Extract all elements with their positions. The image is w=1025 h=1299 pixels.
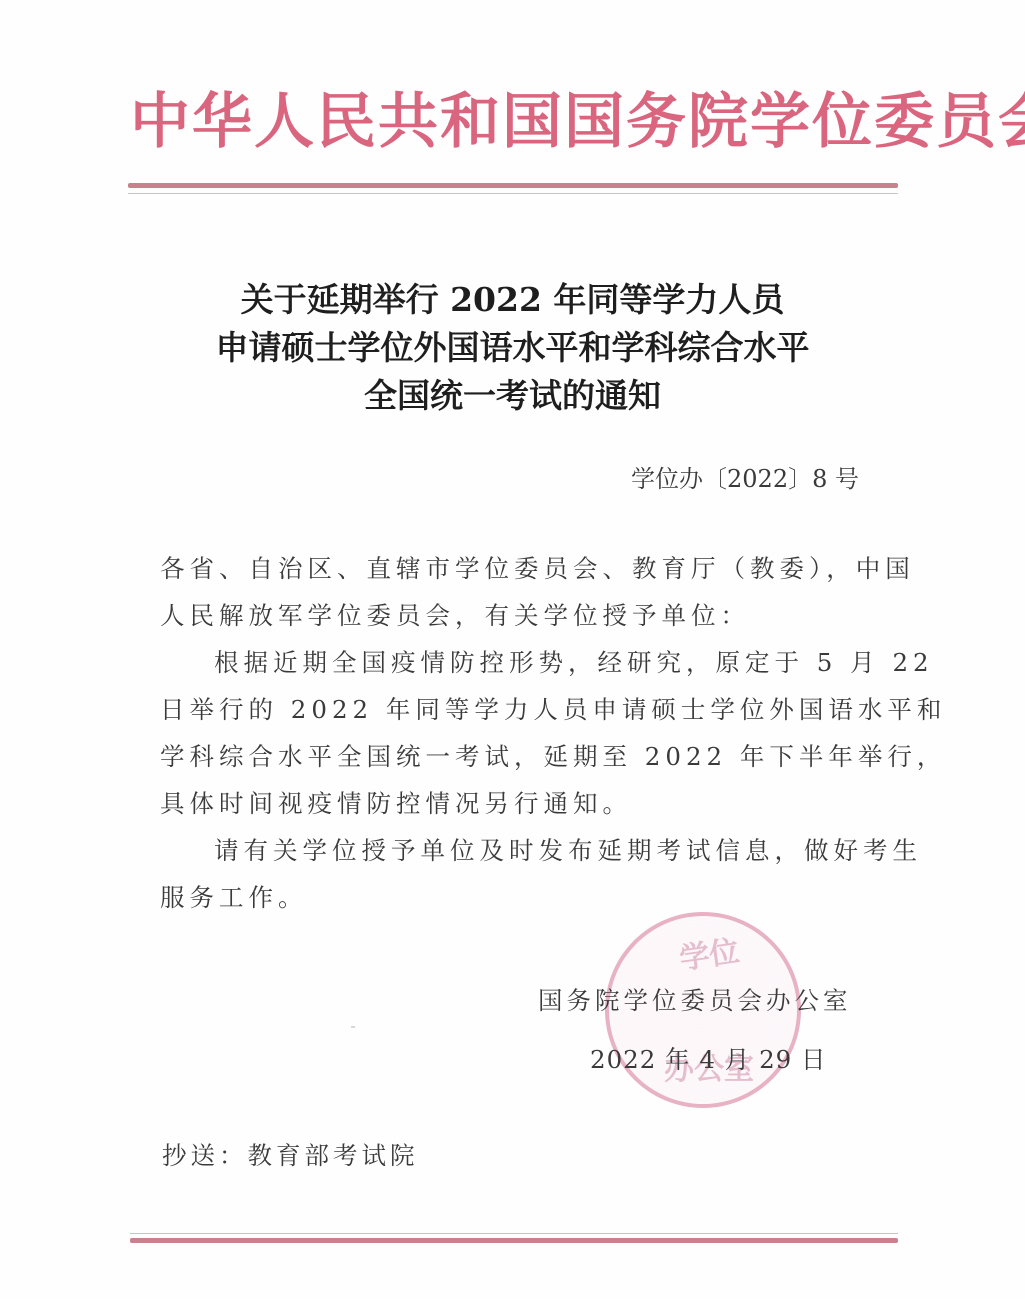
- scan-speck: [351, 1026, 355, 1028]
- title-line: 关于延期举行 2022 年同等学力人员: [150, 276, 875, 324]
- cc-line: 抄送：教育部考试院: [162, 1138, 419, 1174]
- document-number: 学位办〔2022〕8 号: [631, 461, 859, 497]
- body-line: 请有关学位授予单位及时发布延期考试信息，做好考生: [160, 827, 865, 874]
- header-red-rule: [128, 183, 898, 188]
- body-line: 根据近期全国疫情防控形势，经研究，原定于 5 月 22: [160, 639, 865, 686]
- body-line: 学科综合水平全国统一考试，延期至 2022 年下半年举行，: [160, 733, 865, 780]
- stamp-top-text: 学位: [647, 922, 772, 982]
- body-line: 日举行的 2022 年同等学力人员申请硕士学位外国语水平和: [160, 686, 865, 733]
- issue-date: 2022 年 4 月 29 日: [590, 1042, 827, 1078]
- document-title: 关于延期举行 2022 年同等学力人员 申请硕士学位外国语水平和学科综合水平 全…: [150, 276, 875, 420]
- signing-office: 国务院学位委员会办公室: [538, 983, 852, 1019]
- body-line: 具体时间视疫情防控情况另行通知。: [160, 780, 865, 827]
- document-page: 中华人民共和国国务院学位委员会 关于延期举行 2022 年同等学力人员 申请硕士…: [0, 0, 1025, 1299]
- title-line: 申请硕士学位外国语水平和学科综合水平: [150, 324, 875, 372]
- footer-thin-rule: [130, 1233, 898, 1234]
- body-line: 人民解放军学位委员会，有关学位授予单位：: [160, 592, 865, 639]
- header-thin-rule: [128, 193, 898, 194]
- body-line: 服务工作。: [160, 874, 865, 921]
- issuer-header: 中华人民共和国国务院学位委员会: [130, 82, 900, 162]
- body-line: 各省、自治区、直辖市学位委员会、教育厅（教委），中国: [160, 545, 865, 592]
- title-line: 全国统一考试的通知: [150, 372, 875, 420]
- document-body: 各省、自治区、直辖市学位委员会、教育厅（教委），中国 人民解放军学位委员会，有关…: [160, 545, 865, 921]
- footer-red-rule: [130, 1238, 898, 1243]
